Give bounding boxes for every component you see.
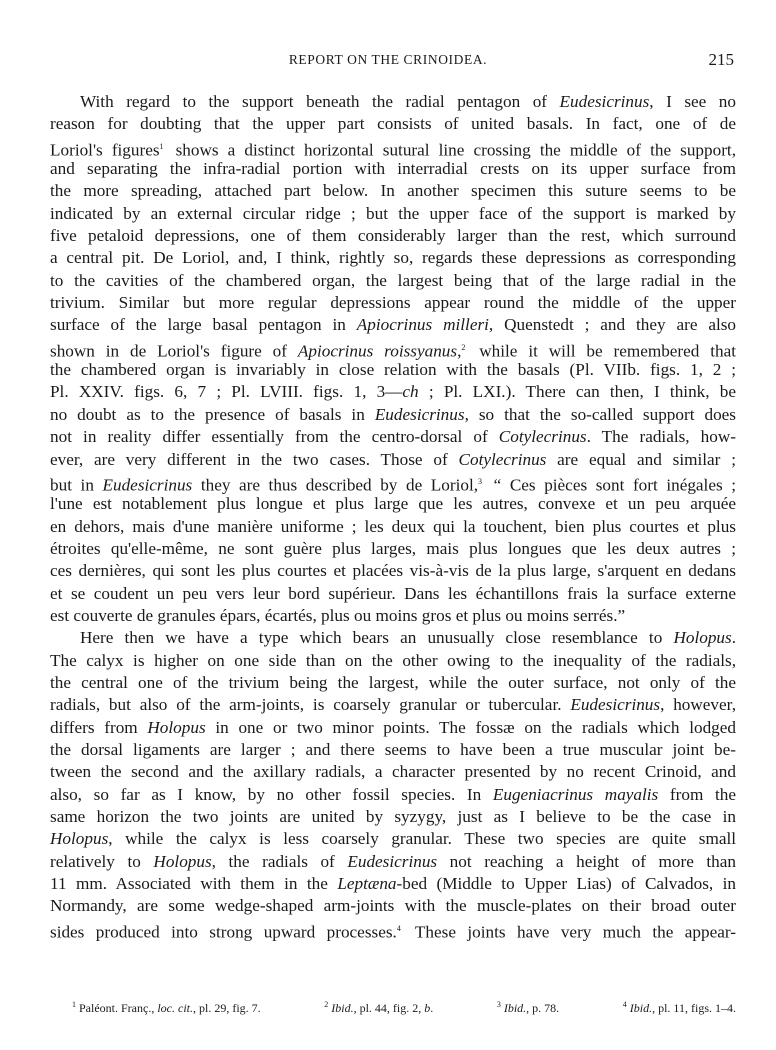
footnote-ref: 4 bbox=[397, 924, 401, 933]
text-line: étroites qu'elle-même, ne sont guère plu… bbox=[50, 538, 736, 560]
text-line: sides produced into strong upward proces… bbox=[50, 918, 736, 940]
text-line: reason for doubting that the upper part … bbox=[50, 113, 736, 135]
footnote-3: 3Ibid., p. 78. bbox=[497, 1000, 559, 1016]
text-line: trivium. Similar but more regular depres… bbox=[50, 292, 736, 314]
footnote-mark: 3 bbox=[497, 1000, 501, 1009]
text-line: Holopus, while the calyx is less coarsel… bbox=[50, 828, 736, 850]
footnote-2: 2Ibid., pl. 44, fig. 2, b. bbox=[324, 1000, 433, 1016]
footnote-ref: 1 bbox=[160, 142, 164, 151]
text-line: ever, are very different in the two case… bbox=[50, 449, 736, 471]
text-line: radials, but also of the arm-joints, is … bbox=[50, 694, 736, 716]
text-line: differs from Holopus in one or two minor… bbox=[50, 717, 736, 739]
text-line: relatively to Holopus, the radials of Eu… bbox=[50, 851, 736, 873]
text-line: the central one of the trivium being the… bbox=[50, 672, 736, 694]
text-line: indicated by an external circular ridge … bbox=[50, 203, 736, 225]
text-line: five petaloid depressions, one of them c… bbox=[50, 225, 736, 247]
text-line: not in reality differ essentially from t… bbox=[50, 426, 736, 448]
page-header: REPORT ON THE CRINOIDEA. 215 bbox=[0, 50, 776, 74]
text-line: no doubt as to the presence of basals in… bbox=[50, 404, 736, 426]
text-line: en dehors, mais d'une manière uniforme ;… bbox=[50, 516, 736, 538]
running-title: REPORT ON THE CRINOIDEA. bbox=[0, 52, 776, 68]
text-line: Loriol's figures1 shows a distinct horiz… bbox=[50, 136, 736, 158]
text-line: The calyx is higher on one side than on … bbox=[50, 650, 736, 672]
text-line: ces dernières, qui sont les plus courtes… bbox=[50, 560, 736, 582]
text-line: and separating the infra-radial portion … bbox=[50, 158, 736, 180]
text-line: the more spreading, attached part below.… bbox=[50, 180, 736, 202]
text-line: shown in de Loriol's figure of Apiocrinu… bbox=[50, 337, 736, 359]
text-line: et se coudent un peu vers leur bord supé… bbox=[50, 583, 736, 605]
text-line: Pl. XXIV. figs. 6, 7 ; Pl. LVIII. figs. … bbox=[50, 381, 736, 403]
text-line: tween the second and the axillary radial… bbox=[50, 761, 736, 783]
text-line: same horizon the two joints are united b… bbox=[50, 806, 736, 828]
footnote-mark: 4 bbox=[623, 1000, 627, 1009]
text-line: but in Eudesicrinus they are thus descri… bbox=[50, 471, 736, 493]
text-line: to the cavities of the chambered organ, … bbox=[50, 270, 736, 292]
body-text: With regard to the support beneath the r… bbox=[50, 91, 736, 940]
footnote-mark: 1 bbox=[72, 1000, 76, 1009]
text-line: a central pit. De Loriol, and, I think, … bbox=[50, 247, 736, 269]
page-number: 215 bbox=[709, 50, 735, 70]
footnotes: 1Paléont. Franç., loc. cit., pl. 29, fig… bbox=[72, 1000, 736, 1016]
text-line: With regard to the support beneath the r… bbox=[50, 91, 736, 113]
text-line: 11 mm. Associated with them in the Leptæ… bbox=[50, 873, 736, 895]
text-line: Here then we have a type which bears an … bbox=[50, 627, 736, 649]
footnote-mark: 2 bbox=[324, 1000, 328, 1009]
text-line: the dorsal ligaments are larger ; and th… bbox=[50, 739, 736, 761]
text-line: l'une est notablement plus longue et plu… bbox=[50, 493, 736, 515]
text-line: est couverte de granules épars, écartés,… bbox=[50, 605, 736, 627]
footnote-ref: 2 bbox=[461, 343, 465, 352]
text-line: Normandy, are some wedge-shaped arm-join… bbox=[50, 895, 736, 917]
footnote-1: 1Paléont. Franç., loc. cit., pl. 29, fig… bbox=[72, 1000, 261, 1016]
footnote-4: 4Ibid., pl. 11, figs. 1–4. bbox=[623, 1000, 736, 1016]
text-line: also, so far as I know, by no other foss… bbox=[50, 784, 736, 806]
footnote-ref: 3 bbox=[478, 477, 482, 486]
text-line: the chambered organ is invariably in clo… bbox=[50, 359, 736, 381]
text-line: surface of the large basal pentagon in A… bbox=[50, 314, 736, 336]
